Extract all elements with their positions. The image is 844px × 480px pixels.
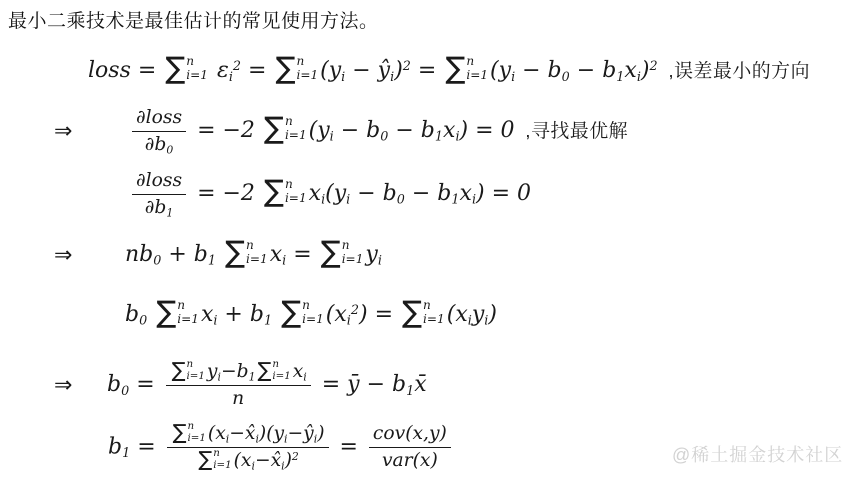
summation-symbol: ∑ni=1 xyxy=(156,299,199,327)
math-text: = xyxy=(129,372,161,397)
math-text: = ȳ − b xyxy=(315,372,406,397)
summation-symbol: ∑ni=1 xyxy=(264,178,307,206)
math-text: (y xyxy=(309,118,330,143)
math-text: ) xyxy=(641,58,650,83)
math-text: − b xyxy=(334,118,381,143)
summation-symbol: ∑ni=1 xyxy=(173,421,206,445)
math-text xyxy=(216,242,223,267)
superscript: 2 xyxy=(403,59,411,74)
subscript: i xyxy=(378,254,382,269)
math-text: (x xyxy=(208,423,226,444)
math-text: y xyxy=(472,302,484,327)
math-text: b xyxy=(108,434,122,459)
math-text: y xyxy=(207,361,218,382)
math-text: = xyxy=(241,58,273,83)
math-text: − b xyxy=(405,181,452,206)
math-text: − b xyxy=(570,58,617,83)
implies-arrow-icon: ⇒ xyxy=(54,373,72,398)
implies-arrow-icon: ⇒ xyxy=(54,119,72,144)
math-text: (x xyxy=(234,450,252,471)
formula-row-normal-equation-1: ⇒nb0 + b1 ∑ni=1xi = ∑ni=1yi xyxy=(0,233,844,277)
math-text: + b xyxy=(217,302,264,327)
math-text: − b xyxy=(350,181,397,206)
fraction: ∑ni=1(xi−x̂i)(yi−ŷi)∑ni=1(xi−x̂i)2 xyxy=(167,422,329,473)
summation-symbol: ∑ni=1 xyxy=(165,55,208,83)
superscript: 2 xyxy=(351,303,359,318)
summation-symbol: ∑ni=1 xyxy=(321,239,364,267)
summation-symbol: ∑ni=1 xyxy=(281,299,324,327)
fraction: ∂loss∂b1 xyxy=(132,169,186,219)
math-text: x xyxy=(201,302,213,327)
math-text: b xyxy=(125,302,139,327)
superscript: 2 xyxy=(650,59,658,74)
subscript: 0 xyxy=(139,314,147,329)
math-text: = xyxy=(130,434,162,459)
math-text: −b xyxy=(221,361,249,382)
summation-symbol: ∑ni=1 xyxy=(257,359,290,383)
subscript: 0 xyxy=(121,384,129,399)
math-text: ∂loss xyxy=(136,107,182,128)
math-text: ) = 0 xyxy=(460,118,515,143)
math-text: (y xyxy=(325,181,346,206)
annotation-text: ,寻找最优解 xyxy=(520,121,629,142)
math-text: (x xyxy=(326,302,347,327)
math-text: −x̂ xyxy=(255,450,281,471)
math-text: − b xyxy=(515,58,562,83)
math-text: var(x) xyxy=(382,450,438,471)
summation-symbol: ∑ni=1 xyxy=(172,359,205,383)
superscript: 2 xyxy=(233,59,241,74)
math-text: b xyxy=(107,372,121,397)
math-text: ) xyxy=(317,423,324,444)
math-text: −ŷ xyxy=(288,423,314,444)
math-text: ) xyxy=(488,302,497,327)
math-text xyxy=(272,302,279,327)
summation-symbol: ∑ni=1 xyxy=(225,239,268,267)
summation-symbol: ∑ni=1 xyxy=(275,55,318,83)
math-text: ∂loss xyxy=(136,170,182,191)
formula-row-solution-b0: ⇒b0 = ∑ni=1yi−b1∑ni=1xin = ȳ − b1x̄ xyxy=(0,357,844,413)
formula-body: b1 = ∑ni=1(xi−x̂i)(yi−ŷi)∑ni=1(xi−x̂i)2 … xyxy=(108,422,455,473)
formula-body: loss = ∑ni=1 εi2 = ∑ni=1(yi − ŷi)2 = ∑ni… xyxy=(88,56,810,85)
math-text: − b xyxy=(388,118,435,143)
formula-row-partial-derivative-b0: ⇒∂loss∂b0 = −2 ∑ni=1(yi − b0 − b1xi) = 0… xyxy=(0,103,844,159)
math-text: ) xyxy=(285,450,292,471)
subscript: 1 xyxy=(249,370,256,383)
math-text: ) = xyxy=(359,302,400,327)
formula-row-partial-derivative-b1: ∂loss∂b1 = −2 ∑ni=1xi(yi − b0 − b1xi) = … xyxy=(0,166,844,222)
superscript: 2 xyxy=(292,450,299,463)
math-text: = −2 xyxy=(190,181,262,206)
math-text: x xyxy=(460,181,472,206)
math-text: ε xyxy=(210,58,229,83)
subscript: 0 xyxy=(562,69,570,84)
summation-symbol: ∑ni=1 xyxy=(445,55,488,83)
fraction: cov(x,y)var(x) xyxy=(369,422,451,472)
math-text: − ŷ xyxy=(345,58,390,83)
math-text: nb xyxy=(125,242,153,267)
math-text: (x xyxy=(447,302,468,327)
implies-arrow-icon: ⇒ xyxy=(54,243,72,268)
formula-body: ∂loss∂b0 = −2 ∑ni=1(yi − b0 − b1xi) = 0 … xyxy=(128,106,628,156)
math-text: x xyxy=(309,181,321,206)
subscript: i xyxy=(303,370,306,383)
math-text: x̄ xyxy=(414,372,426,397)
watermark: @稀土掘金技术社区 xyxy=(672,441,843,467)
subscript: 1 xyxy=(122,446,130,461)
math-text: ) xyxy=(394,58,403,83)
math-text: ∂b xyxy=(145,134,167,155)
document-title: 最小二乘技术是最佳估计的常见使用方法。 xyxy=(8,6,379,33)
math-text: ∂b xyxy=(145,197,167,218)
math-text: + b xyxy=(161,242,208,267)
math-text: (y xyxy=(320,58,341,83)
math-text: −x̂ xyxy=(229,423,255,444)
subscript: 1 xyxy=(435,130,443,145)
document-page: 最小二乘技术是最佳估计的常见使用方法。 loss = ∑ni=1 εi2 = ∑… xyxy=(0,0,844,480)
summation-symbol: ∑ni=1 xyxy=(402,299,445,327)
math-text: = −2 xyxy=(190,118,262,143)
formula-body: b0 ∑ni=1xi + b1 ∑ni=1(xi2) = ∑ni=1(xiyi) xyxy=(125,301,497,329)
summation-symbol: ∑ni=1 xyxy=(198,448,231,472)
math-text: x xyxy=(270,242,282,267)
formula-body: ∂loss∂b1 = −2 ∑ni=1xi(yi − b0 − b1xi) = … xyxy=(128,169,531,219)
math-text: = xyxy=(286,242,318,267)
formula-body: nb0 + b1 ∑ni=1xi = ∑ni=1yi xyxy=(125,241,382,269)
math-text: n xyxy=(232,388,244,409)
annotation-text: ,误差最小的方向 xyxy=(663,61,810,82)
subscript: 1 xyxy=(166,206,173,219)
math-text: x xyxy=(624,58,636,83)
math-text: x xyxy=(443,118,455,143)
formula-row-normal-equation-2: b0 ∑ni=1xi + b1 ∑ni=1(xi2) = ∑ni=1(xiyi) xyxy=(0,293,844,337)
math-text: cov(x,y) xyxy=(373,423,447,444)
math-text: )(y xyxy=(259,423,284,444)
summation-symbol: ∑ni=1 xyxy=(264,115,307,143)
subscript: 0 xyxy=(397,193,405,208)
math-text: = xyxy=(411,58,443,83)
math-text xyxy=(147,302,154,327)
math-text: loss = xyxy=(88,58,163,83)
fraction: ∑ni=1yi−b1∑ni=1xin xyxy=(166,360,311,410)
fraction: ∂loss∂b0 xyxy=(132,106,186,156)
math-text: ) = 0 xyxy=(476,181,531,206)
subscript: 1 xyxy=(451,193,459,208)
math-text: (y xyxy=(490,58,511,83)
math-text: = xyxy=(333,434,365,459)
subscript: 1 xyxy=(264,314,272,329)
math-text: x xyxy=(293,361,304,382)
subscript: 1 xyxy=(208,254,216,269)
subscript: 0 xyxy=(166,143,173,156)
math-text: y xyxy=(365,242,377,267)
formula-body: b0 = ∑ni=1yi−b1∑ni=1xin = ȳ − b1x̄ xyxy=(107,360,427,410)
formula-row-loss-definition: loss = ∑ni=1 εi2 = ∑ni=1(yi − ŷi)2 = ∑ni… xyxy=(0,48,844,92)
